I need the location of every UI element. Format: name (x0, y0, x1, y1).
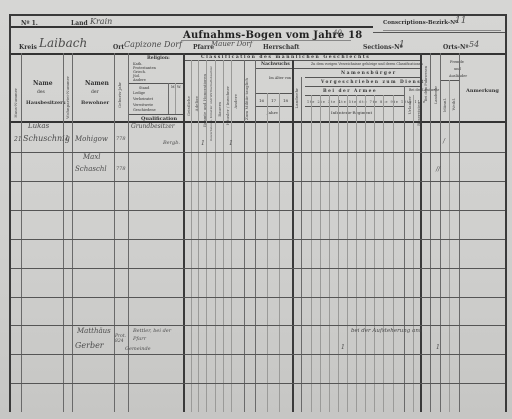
col-line-8 (198, 60, 199, 412)
conscription-underline (383, 30, 501, 31)
kreis-value: Laibach (39, 36, 87, 50)
row2-bewohner: Schaschl (75, 165, 107, 173)
col-line-24 (356, 95, 357, 412)
title-underline (181, 40, 351, 41)
sections-value: 1 (399, 40, 405, 50)
row1-hausbesitzer-first: Lukas (28, 122, 49, 130)
orts-label: Orts-Nº (443, 44, 469, 51)
month-col-9: 9te (391, 100, 399, 104)
col-line-18 (301, 77, 302, 412)
bei-der-armee-label: Bei der Armee (323, 89, 377, 94)
stand-row-2: Verwitwete (133, 103, 153, 107)
classification-rule (184, 60, 420, 61)
row8-mark-1: 1 (341, 344, 345, 351)
col-line-10 (215, 60, 216, 412)
row-line-5 (11, 268, 505, 269)
fuhrwesen-label: Zu dem vorigen Verzeichnisse gehörige un… (311, 62, 423, 66)
ort-label: Ort (113, 44, 124, 51)
col-line-17 (292, 60, 294, 412)
urlauber-vertical: Urlauber (407, 96, 412, 114)
age-rule-bottom (255, 106, 292, 107)
col-line-31 (420, 53, 422, 412)
col-name-hausbesitzer-1: Name (33, 80, 53, 87)
col-line-9 (206, 60, 207, 412)
stand-row-1: Verheiratet (133, 97, 153, 101)
col-line-29 (404, 86, 405, 412)
col-line-3 (72, 53, 73, 412)
landwehr-vertical: Landwehr (294, 88, 299, 108)
col-line-23 (347, 95, 348, 412)
col-namen-bewohner-2: der (91, 90, 99, 95)
age-col-18: 18 (283, 98, 288, 103)
col-line-35 (459, 53, 460, 412)
row8-bewohner: Gerber (75, 341, 104, 350)
census-form-page: Nº 1. Land Krain Aufnahms-Bogen vom Jahr… (0, 0, 512, 419)
stand-divider-2 (175, 83, 176, 114)
religion-title: Religion: (147, 56, 170, 61)
col-line-11 (223, 60, 224, 412)
row8-mark-2: 1 (436, 344, 440, 351)
namensbuerger-label: Namensbürger (341, 71, 397, 76)
col-line-7 (191, 60, 192, 412)
col-line-26 (374, 95, 375, 412)
stand-title: Stand (139, 86, 149, 90)
col-line-34 (449, 80, 450, 412)
im-alter-label: Im Alter von (269, 76, 291, 80)
col-anmerkung: Anmerkung (466, 88, 499, 94)
col-line-12 (231, 60, 232, 412)
row1-qualification-1: Grundbesitzer (131, 123, 175, 130)
row8-qualification-2: Pfarr (133, 336, 146, 342)
nachwuchs-label: Nachwuchs (261, 62, 290, 67)
fuhrwesen-vertical: Bei dem Fuhrwesen (424, 66, 428, 101)
sections-label: Sections-Nº (363, 44, 403, 51)
fremde-label-1: Fremde (450, 60, 464, 64)
row8-bewohner-first: Matthäus (77, 327, 111, 335)
stand-divider-1 (168, 83, 169, 114)
orts-value: 54 (469, 40, 479, 49)
col-line-33 (440, 53, 441, 412)
row8-qualification-1: Bettler, bei der (133, 328, 171, 334)
col-line-6 (183, 53, 185, 412)
row8-note: bei der Aufsteherung ans (351, 328, 422, 334)
row-line-9 (11, 383, 505, 384)
col-line-27 (383, 95, 384, 412)
pfarre-value: Mauer Dorf (211, 40, 252, 48)
row2-geburtsjahr: 778 (116, 166, 126, 172)
row-line-2 (11, 181, 505, 182)
subheader-rule-2 (305, 77, 420, 78)
row1-geburtsjahr: 778 (116, 136, 126, 142)
row8-geburtsjahr: Prot. 824 (115, 334, 127, 344)
row8-qualification-3: Gemeinde (125, 346, 151, 352)
landwehr-col-vertical: Landwehr (434, 86, 438, 104)
col-line-2 (63, 53, 64, 412)
row2-bewohner-first: Maxl (83, 153, 101, 161)
month-col-4: 4te (338, 100, 346, 104)
jahre-label: Jahre (267, 110, 278, 115)
col-line-22 (338, 95, 339, 412)
col-wohnpartei: Wohnpartei-Nummer (65, 76, 70, 119)
col-line-19 (311, 95, 312, 412)
row-line-3 (11, 210, 505, 211)
religion-row-4: Andere (133, 78, 146, 82)
row1-mark-2: 1 (229, 140, 233, 147)
stand-row-0: Ledige (133, 91, 145, 95)
conscription-label: Conscriptions-Bezirk-Nº (383, 20, 458, 26)
conscription-value: 11 (455, 16, 466, 26)
row1-qualification-2: Bergb. (163, 140, 180, 146)
col-line-13 (244, 60, 245, 412)
header-right-rule (373, 32, 505, 33)
age-col-16: 16 (259, 98, 264, 103)
row-line-4 (11, 239, 505, 240)
col-haus-nummer: Haus-Nummer (13, 88, 18, 118)
col-line-16 (279, 93, 280, 412)
class-col-4: Bauern (217, 102, 222, 117)
class-col-5: Häusler / Inwohner (225, 86, 230, 125)
row1-fremde-mark: / (443, 138, 445, 145)
row1-wohnpartei: 1 (65, 135, 69, 142)
row-line-7 (11, 325, 505, 326)
col-line-30 (413, 95, 414, 412)
col-line-21 (329, 95, 330, 412)
year-suffix: 40 (333, 29, 342, 37)
row1-haus-nummer: 21 (14, 136, 22, 143)
col-line-4 (114, 53, 115, 412)
stand-row-3: Geschiedene (133, 108, 156, 112)
row-line-6 (11, 297, 505, 298)
kreis-label: Kreis (19, 44, 37, 51)
row1-bewohner: Mohigow (75, 135, 108, 143)
ort-value: Capizone Dorf (124, 40, 182, 49)
col-geburtsjahr: Geburts-Jahr (117, 82, 122, 108)
row-line-8 (11, 354, 505, 355)
month-col-8: 8te (380, 100, 388, 104)
age-col-17: 17 (271, 98, 276, 103)
fremde-col-m: Männl. (442, 98, 447, 112)
col-line-20 (320, 95, 321, 412)
subheader-rule-1 (292, 68, 420, 69)
col-line-25 (365, 95, 366, 412)
class-col-6: Andere (233, 94, 238, 109)
row1-mark-1: 1 (201, 140, 205, 147)
land-value: Krain (90, 17, 112, 26)
col-line-32 (430, 53, 431, 412)
row1-hausbesitzer-last: Schuschnig (23, 134, 70, 143)
age-rule-top (255, 93, 292, 94)
census-form: Nº 1. Land Krain Aufnahms-Bogen vom Jahr… (9, 14, 507, 412)
herrschaft-label: Herrschaft (263, 44, 299, 51)
fremde-col-w: Weibl. (451, 98, 456, 111)
col-line-28 (393, 95, 394, 412)
qualification-divider (129, 114, 184, 115)
class-col-3: Gewerbsleute, Künstler und Wirthschaftsb… (209, 66, 213, 141)
col-line-14 (255, 60, 256, 412)
header-top-rule (11, 26, 373, 28)
col-name-hausbesitzer-2: des (37, 90, 45, 95)
col-line-1 (21, 53, 22, 412)
col-name-hausbesitzer-3: Hausbesitzers (26, 100, 66, 106)
month-col-2: 2te (317, 100, 325, 104)
col-namen-bewohner-3: Bewohner (81, 100, 109, 106)
subheader-rule-3 (305, 86, 420, 87)
verordnungen-label: Vorgeschrieben zum Dienst (321, 80, 425, 85)
col-namen-bewohner-1: Namen (85, 80, 109, 87)
month-col-6: 6te (359, 100, 367, 104)
stand-col-w: W. (177, 85, 181, 89)
col-line-15 (267, 93, 268, 412)
row2-fremde-mark: // (436, 166, 440, 173)
col-line-5 (128, 53, 129, 412)
